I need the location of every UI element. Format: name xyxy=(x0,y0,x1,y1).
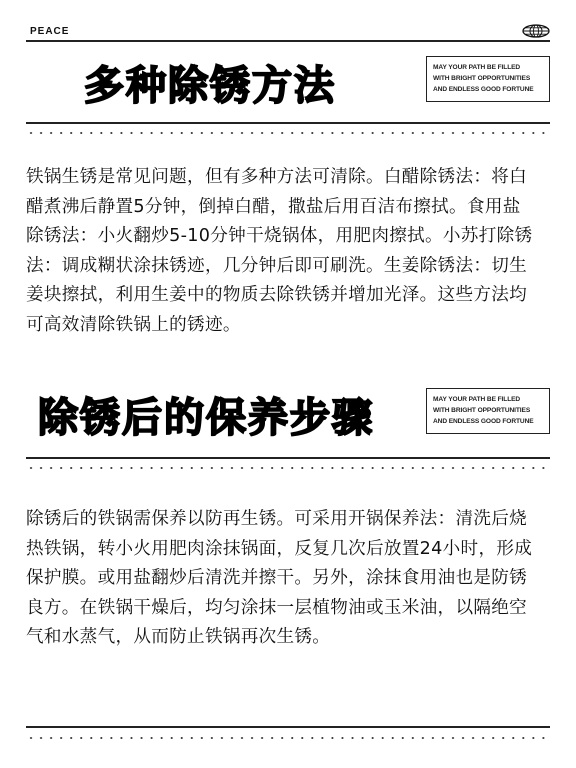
section-title: 多种除锈方法 xyxy=(84,54,336,111)
motto-line: WITH BRIGHT OPPORTUNITIES xyxy=(433,73,549,84)
section-2-body: 除锈后的铁锅需保养以防再生锈。可采用开锅保养法：清洗后烧热铁锅，转小火用肥肉涂抹… xyxy=(26,505,536,653)
section-2-header: 除锈后的保养步骤 MAY YOUR PATH BE FILLED WITH BR… xyxy=(26,384,550,444)
motto-line: WITH BRIGHT OPPORTUNITIES xyxy=(433,405,549,416)
footer-dotted-divider xyxy=(26,736,550,740)
motto-box: MAY YOUR PATH BE FILLED WITH BRIGHT OPPO… xyxy=(426,56,550,102)
dotted-divider xyxy=(26,466,550,470)
section-title: 除锈后的保养步骤 xyxy=(38,386,374,443)
footer-divider xyxy=(26,726,550,728)
dotted-divider xyxy=(26,131,550,135)
globe-icon xyxy=(522,24,550,38)
section-divider xyxy=(26,122,550,124)
header-divider xyxy=(26,40,550,42)
brand-label: PEACE xyxy=(30,26,69,37)
motto-line: AND ENDLESS GOOD FORTUNE xyxy=(433,84,549,95)
motto-line: MAY YOUR PATH BE FILLED xyxy=(433,62,549,73)
motto-box: MAY YOUR PATH BE FILLED WITH BRIGHT OPPO… xyxy=(426,388,550,434)
section-divider xyxy=(26,457,550,459)
motto-line: MAY YOUR PATH BE FILLED xyxy=(433,394,549,405)
section-1-body: 铁锅生锈是常见问题，但有多种方法可清除。白醋除锈法：将白醋煮沸后静置5分钟，倒掉… xyxy=(26,163,536,340)
section-1-header: 多种除锈方法 MAY YOUR PATH BE FILLED WITH BRIG… xyxy=(26,52,550,112)
motto-line: AND ENDLESS GOOD FORTUNE xyxy=(433,416,549,427)
